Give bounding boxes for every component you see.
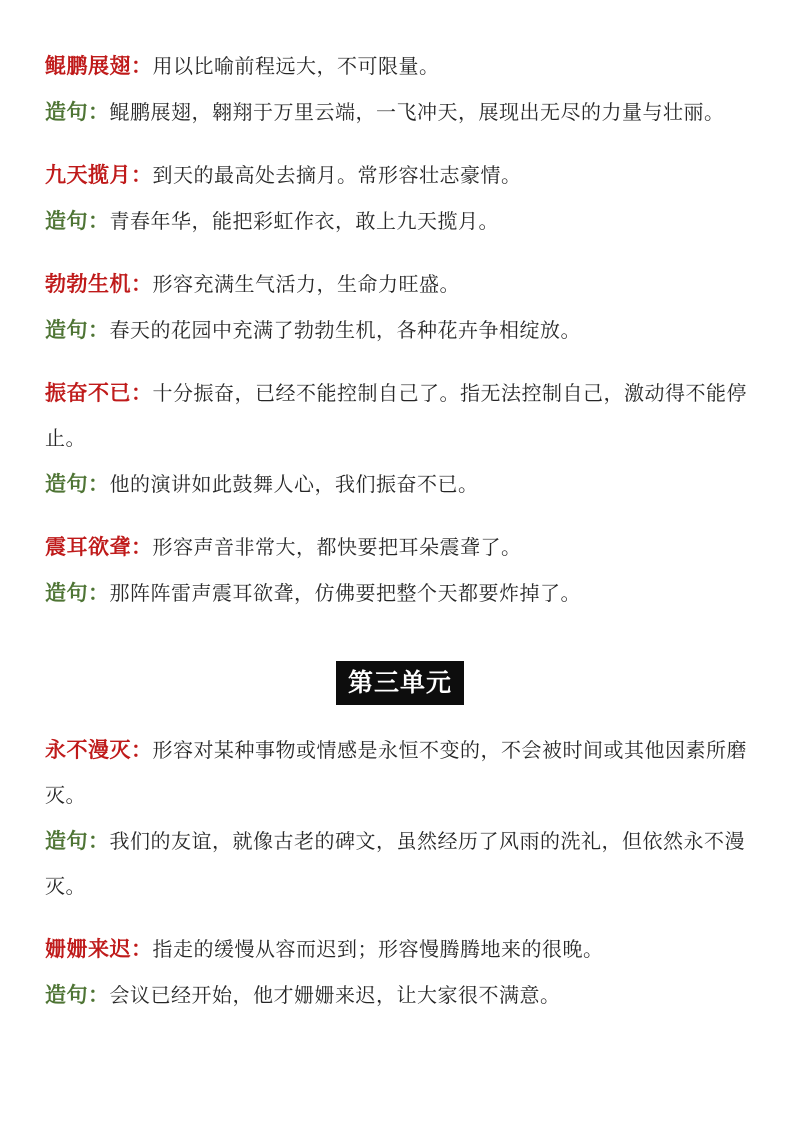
definition-line: 九天揽月：到天的最高处去摘月。常形容壮志豪情。 bbox=[45, 153, 755, 199]
idiom-term-label: 姗姗来迟： bbox=[45, 938, 153, 961]
definition-line: 永不漫灭：形容对某种事物或情感是永恒不变的，不会被时间或其他因素所磨灭。 bbox=[45, 728, 755, 819]
example-sentence-text: 春天的花园中充满了勃勃生机，各种花卉争相绽放。 bbox=[110, 320, 582, 342]
section-banner: 第三单元 bbox=[336, 661, 464, 705]
idiom-term-label: 鲲鹏展翅： bbox=[45, 55, 153, 78]
sentence-label: 造句： bbox=[45, 984, 110, 1007]
definition-line: 振奋不已：十分振奋，已经不能控制自己了。指无法控制自己，激动得不能停止。 bbox=[45, 371, 755, 462]
definition-line: 鲲鹏展翅：用以比喻前程远大，不可限量。 bbox=[45, 44, 755, 90]
sentence-line: 造句：鲲鹏展翅，翱翔于万里云端，一飞冲天，展现出无尽的力量与壮丽。 bbox=[45, 90, 755, 136]
document-page: 鲲鹏展翅：用以比喻前程远大，不可限量。 造句：鲲鹏展翅，翱翔于万里云端，一飞冲天… bbox=[0, 0, 800, 1131]
idiom-entry: 姗姗来迟：指走的缓慢从容而迟到；形容慢腾腾地来的很晚。 造句：会议已经开始，他才… bbox=[45, 927, 755, 1019]
sentence-label: 造句： bbox=[45, 473, 110, 496]
idiom-entry: 永不漫灭：形容对某种事物或情感是永恒不变的，不会被时间或其他因素所磨灭。 造句：… bbox=[45, 728, 755, 910]
idiom-entry: 鲲鹏展翅：用以比喻前程远大，不可限量。 造句：鲲鹏展翅，翱翔于万里云端，一飞冲天… bbox=[45, 44, 755, 136]
sentence-line: 造句：那阵阵雷声震耳欲聋，仿佛要把整个天都要炸掉了。 bbox=[45, 571, 755, 617]
idiom-definition-text: 用以比喻前程远大，不可限量。 bbox=[153, 56, 440, 78]
idiom-term-label: 勃勃生机： bbox=[45, 273, 153, 296]
sentence-line: 造句：春天的花园中充满了勃勃生机，各种花卉争相绽放。 bbox=[45, 308, 755, 354]
idiom-definition-text: 到天的最高处去摘月。常形容壮志豪情。 bbox=[153, 165, 522, 187]
example-sentence-text: 青春年华，能把彩虹作衣，敢上九天揽月。 bbox=[110, 211, 500, 233]
sentence-line: 造句：他的演讲如此鼓舞人心，我们振奋不已。 bbox=[45, 462, 755, 508]
idiom-definition-text: 形容声音非常大，都快要把耳朵震聋了。 bbox=[153, 537, 522, 559]
idiom-term-label: 九天揽月： bbox=[45, 164, 153, 187]
idiom-term-label: 振奋不已： bbox=[45, 382, 153, 405]
definition-line: 勃勃生机：形容充满生气活力，生命力旺盛。 bbox=[45, 262, 755, 308]
sentence-line: 造句：会议已经开始，他才姗姗来迟，让大家很不满意。 bbox=[45, 973, 755, 1019]
idiom-term-label: 永不漫灭： bbox=[45, 739, 153, 762]
example-sentence-text: 鲲鹏展翅，翱翔于万里云端，一飞冲天，展现出无尽的力量与壮丽。 bbox=[110, 102, 725, 124]
definition-line: 震耳欲聋：形容声音非常大，都快要把耳朵震聋了。 bbox=[45, 525, 755, 571]
idiom-entry: 振奋不已：十分振奋，已经不能控制自己了。指无法控制自己，激动得不能停止。 造句：… bbox=[45, 371, 755, 508]
section-banner-row: 第三单元 bbox=[45, 661, 755, 705]
example-sentence-text: 会议已经开始，他才姗姗来迟，让大家很不满意。 bbox=[110, 985, 561, 1007]
sentence-line: 造句：我们的友谊，就像古老的碑文，虽然经历了风雨的洗礼，但依然永不漫灭。 bbox=[45, 819, 755, 910]
sentence-label: 造句： bbox=[45, 101, 110, 124]
example-sentence-text: 他的演讲如此鼓舞人心，我们振奋不已。 bbox=[110, 474, 479, 496]
idiom-entry: 震耳欲聋：形容声音非常大，都快要把耳朵震聋了。 造句：那阵阵雷声震耳欲聋，仿佛要… bbox=[45, 525, 755, 617]
definition-line: 姗姗来迟：指走的缓慢从容而迟到；形容慢腾腾地来的很晚。 bbox=[45, 927, 755, 973]
example-sentence-text: 我们的友谊，就像古老的碑文，虽然经历了风雨的洗礼，但依然永不漫灭。 bbox=[45, 831, 745, 898]
idiom-entry: 勃勃生机：形容充满生气活力，生命力旺盛。 造句：春天的花园中充满了勃勃生机，各种… bbox=[45, 262, 755, 354]
sentence-line: 造句：青春年华，能把彩虹作衣，敢上九天揽月。 bbox=[45, 199, 755, 245]
idiom-entry: 九天揽月：到天的最高处去摘月。常形容壮志豪情。 造句：青春年华，能把彩虹作衣，敢… bbox=[45, 153, 755, 245]
idiom-definition-text: 指走的缓慢从容而迟到；形容慢腾腾地来的很晚。 bbox=[153, 939, 604, 961]
idiom-term-label: 震耳欲聋： bbox=[45, 536, 153, 559]
idiom-definition-text: 形容充满生气活力，生命力旺盛。 bbox=[153, 274, 461, 296]
sentence-label: 造句： bbox=[45, 582, 110, 605]
sentence-label: 造句： bbox=[45, 830, 110, 853]
sentence-label: 造句： bbox=[45, 210, 110, 233]
example-sentence-text: 那阵阵雷声震耳欲聋，仿佛要把整个天都要炸掉了。 bbox=[110, 583, 582, 605]
sentence-label: 造句： bbox=[45, 319, 110, 342]
